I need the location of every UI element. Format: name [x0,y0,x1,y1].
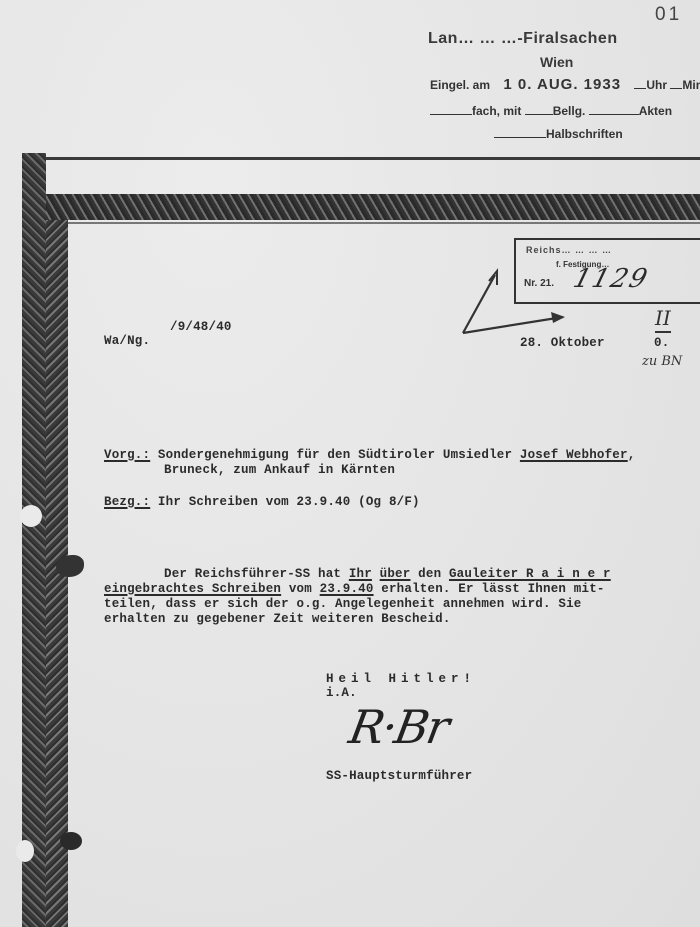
reference-code: Wa/Ng. [104,334,150,348]
frame-inner-rule [68,222,700,224]
akten-label: Akten [639,104,672,118]
regarding-line: Bezg.: Ihr Schreiben vom 23.9.40 (Og 8/F… [104,495,420,509]
signature: R·Br [345,700,452,754]
body-line1: Der Reichsführer-SS hat Ihr über den Gau… [164,567,611,581]
received-date: 1 0. AUG. 1933 [503,76,621,93]
registry-number: 1129 [570,264,652,294]
registry-stamp-line1: Reichs… … … … [526,245,612,255]
ink-blot [56,555,84,577]
receipt-stamp-copies-line: Halbschriften [494,127,623,141]
body-line2: eingebrachtes Schreiben vom 23.9.40 erha… [104,582,605,596]
receipt-stamp-office: Lan… … …-Firalsachen [428,30,618,48]
subject-line: Vorg.: Sondergenehmigung für den Südtiro… [104,448,635,462]
hour-label: Uhr [646,78,667,92]
receipt-stamp-received-line: Eingel. am 1 0. AUG. 1933 Uhr Min. [430,76,700,93]
page-number: 01 [655,4,682,26]
handwritten-mark: II [655,306,671,333]
letter-date: 28. Oktober [520,336,605,350]
closing-ia: i.A. [326,686,357,700]
frame-top-rule [46,157,700,160]
halbschriften-label: Halbschriften [546,127,623,141]
ink-blot [60,832,82,850]
subject-name: Josef Webhofer [520,448,628,462]
receipt-stamp-city: Wien [540,54,573,70]
closing-rank: SS-Hauptsturmführer [326,769,472,783]
minute-label: Min. [682,78,700,92]
letter-year: 0. [654,336,669,350]
subject-line2: Bruneck, zum Ankauf in Kärnten [164,463,395,477]
subject-label: Vorg.: [104,448,150,462]
closing-salute: Heil Hitler! [326,672,476,686]
handwritten-note: zu BN [642,354,682,369]
fach-label: fach, mit [472,104,521,118]
file-number: /9/48/40 [170,320,232,334]
handdrawn-arrow-icon [455,265,565,340]
body-line3: teilen, dass er sich der o.g. Angelegenh… [104,597,581,611]
regarding-label: Bezg.: [104,495,150,509]
frame-border-top [46,194,700,220]
punch-hole [16,840,34,862]
body-line4: erhalten zu gegebener Zeit weiteren Besc… [104,612,451,626]
regarding-text: Ihr Schreiben vom 23.9.40 (Og 8/F) [158,495,420,509]
document-page: 01 Lan… … …-Firalsachen Wien Eingel. am … [0,0,700,927]
punch-hole [20,505,42,527]
received-label: Eingel. am [430,78,490,92]
beilage-label: Bellg. [553,104,586,118]
frame-border-left [22,153,46,927]
receipt-stamp-enclosure-line: fach, mit Bellg. Akten [430,104,672,118]
